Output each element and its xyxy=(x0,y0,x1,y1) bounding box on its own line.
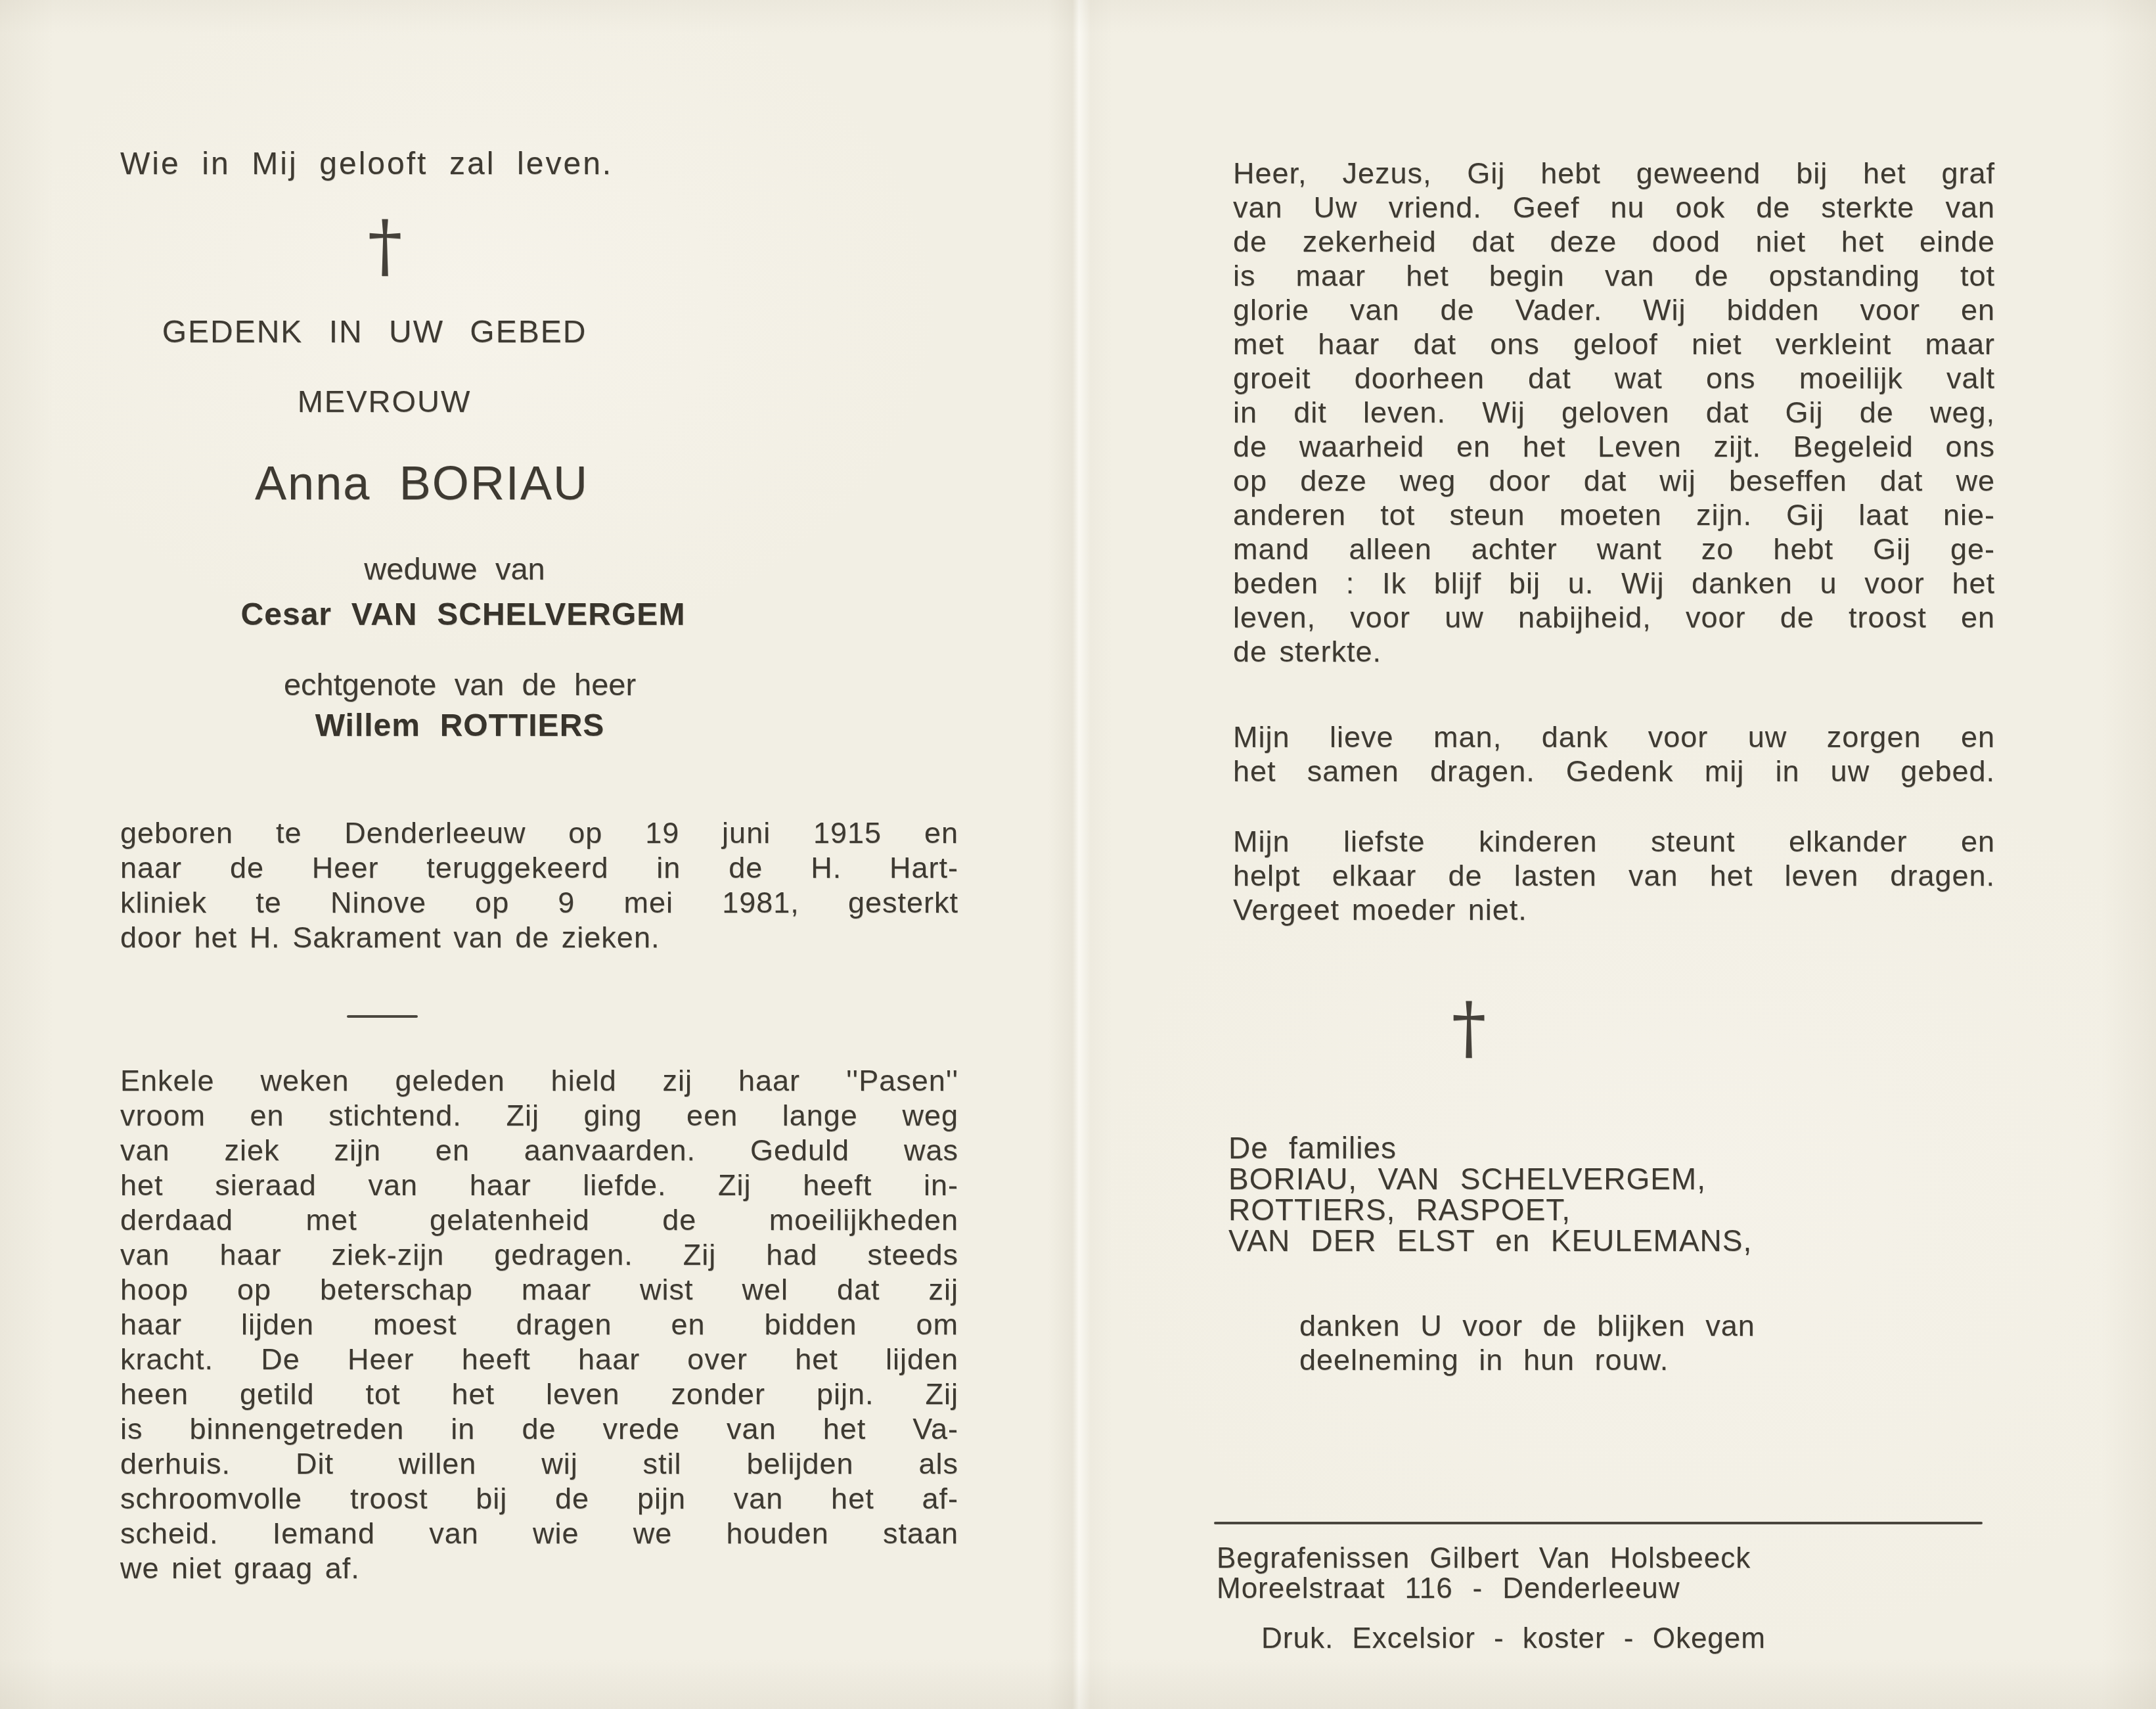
funeral-home-info: Begrafenissen Gilbert Van HolsbeeckMoree… xyxy=(1217,1543,1751,1604)
text-line: derdaad met gelatenheid de moeilijkheden xyxy=(120,1202,958,1237)
text-line: de sterkte. xyxy=(1233,635,1995,669)
memorial-card-scan: Wie in Mij gelooft zal leven. † GEDENK I… xyxy=(0,0,2156,1709)
text-line: kliniek te Ninove op 9 mei 1981, gesterk… xyxy=(120,885,958,920)
text-line: het samen dragen. Gedenk mij in uw gebed… xyxy=(1233,754,1995,788)
text-line: is binnengetreden in de vrede van het Va… xyxy=(120,1411,958,1446)
first-husband-name: Cesar VAN SCHELVERGEM xyxy=(241,597,686,633)
text-line: deelneming in hun rouw. xyxy=(1299,1343,1755,1377)
text-line: beden : Ik blijf bij u. Wij danken u voo… xyxy=(1233,566,1995,601)
text-line: Mijn lieve man, dank voor uw zorgen en xyxy=(1233,720,1995,754)
families-list: De familiesBORIAU, VAN SCHELVERGEM,ROTTI… xyxy=(1228,1133,1752,1256)
text-line: het sieraad van haar liefde. Zij heeft i… xyxy=(120,1168,958,1202)
text-line: BORIAU, VAN SCHELVERGEM, xyxy=(1228,1164,1752,1195)
text-line: groeit doorheen dat wat ons moeilijk val… xyxy=(1233,361,1995,396)
deceased-name: Anna BORIAU xyxy=(255,457,589,511)
title-mevrouw: MEVROUW xyxy=(298,383,472,419)
text-line: schroomvolle troost bij de pijn van het … xyxy=(120,1481,958,1516)
birth-death-paragraph: geboren te Denderleeuw op 19 juni 1915 e… xyxy=(120,815,958,955)
children-dedication: Mijn liefste kinderen steunt elkander en… xyxy=(1233,825,1995,927)
text-line: Moreelstraat 116 - Denderleeuw xyxy=(1217,1574,1751,1604)
text-line: helpt elkaar de lasten van het leven dra… xyxy=(1233,859,1995,893)
text-line: hoop op beterschap maar wist wel dat zij xyxy=(120,1272,958,1307)
spouse-of-label: echtgenote van de heer xyxy=(284,666,636,702)
text-line: De families xyxy=(1228,1133,1752,1164)
text-line: anderen tot steun moeten zijn. Gij laat … xyxy=(1233,498,1995,532)
intro-line: Wie in Mij gelooft zal leven. xyxy=(120,146,613,182)
text-line: van ziek zijn en aanvaarden. Geduld was xyxy=(120,1133,958,1168)
text-line: is maar het begin van de opstanding tot xyxy=(1233,259,1995,293)
text-line: glorie van de Vader. Wij bidden voor en xyxy=(1233,293,1995,327)
text-line: mand alleen achter want zo hebt Gij ge- xyxy=(1233,532,1995,566)
text-line: Mijn liefste kinderen steunt elkander en xyxy=(1233,825,1995,859)
text-line: Heer, Jezus, Gij hebt geweend bij het gr… xyxy=(1233,156,1995,191)
widow-of-label: weduwe van xyxy=(364,551,545,587)
text-line: heen getild tot het leven zonder pijn. Z… xyxy=(120,1377,958,1411)
divider-rule xyxy=(1214,1522,1983,1524)
text-line: op deze weg door dat wij beseffen dat we xyxy=(1233,464,1995,498)
cross-icon: † xyxy=(1452,993,1487,1062)
text-line: van Uw vriend. Geef nu ook de sterkte va… xyxy=(1233,191,1995,225)
text-line: ROTTIERS, RASPOET, xyxy=(1228,1195,1752,1225)
text-line: vroom en stichtend. Zij ging een lange w… xyxy=(120,1098,958,1133)
text-line: geboren te Denderleeuw op 19 juni 1915 e… xyxy=(120,815,958,850)
text-line: Vergeet moeder niet. xyxy=(1233,893,1995,927)
second-husband-name: Willem ROTTIERS xyxy=(315,708,605,744)
cross-icon: † xyxy=(368,212,403,281)
thanks-note: danken U voor de blijken vandeelneming i… xyxy=(1299,1309,1755,1377)
separator-dash xyxy=(347,1015,418,1018)
memorial-heading: GEDENK IN UW GEBED xyxy=(162,314,587,350)
husband-dedication: Mijn lieve man, dank voor uw zorgen enhe… xyxy=(1233,720,1995,788)
text-line: we niet graag af. xyxy=(120,1551,958,1585)
text-line: haar lijden moest dragen en bidden om xyxy=(120,1307,958,1342)
text-line: Begrafenissen Gilbert Van Holsbeeck xyxy=(1217,1543,1751,1574)
text-line: scheid. Iemand van wie we houden staan xyxy=(120,1516,958,1551)
text-line: door het H. Sakrament van de zieken. xyxy=(120,920,958,955)
text-line: de waarheid en het Leven zijt. Begeleid … xyxy=(1233,430,1995,464)
text-line: danken U voor de blijken van xyxy=(1299,1309,1755,1343)
life-story-paragraph: Enkele weken geleden hield zij haar ''Pa… xyxy=(120,1063,958,1585)
text-line: de zekerheid dat deze dood niet het eind… xyxy=(1233,225,1995,259)
text-line: naar de Heer teruggekeerd in de H. Hart- xyxy=(120,850,958,885)
text-line: van haar ziek-zijn gedragen. Zij had ste… xyxy=(120,1237,958,1272)
text-line: Enkele weken geleden hield zij haar ''Pa… xyxy=(120,1063,958,1098)
text-line: leven, voor uw nabijheid, voor de troost… xyxy=(1233,601,1995,635)
prayer-paragraph: Heer, Jezus, Gij hebt geweend bij het gr… xyxy=(1233,156,1995,669)
text-line: met haar dat ons geloof niet verkleint m… xyxy=(1233,327,1995,361)
text-line: kracht. De Heer heeft haar over het lijd… xyxy=(120,1342,958,1377)
printer-credit: Druk. Excelsior - koster - Okegem xyxy=(1261,1622,1766,1655)
text-line: in dit leven. Wij geloven dat Gij de weg… xyxy=(1233,396,1995,430)
text-line: VAN DER ELST en KEULEMANS, xyxy=(1228,1225,1752,1256)
text-line: derhuis. Dit willen wij stil belijden al… xyxy=(120,1446,958,1481)
